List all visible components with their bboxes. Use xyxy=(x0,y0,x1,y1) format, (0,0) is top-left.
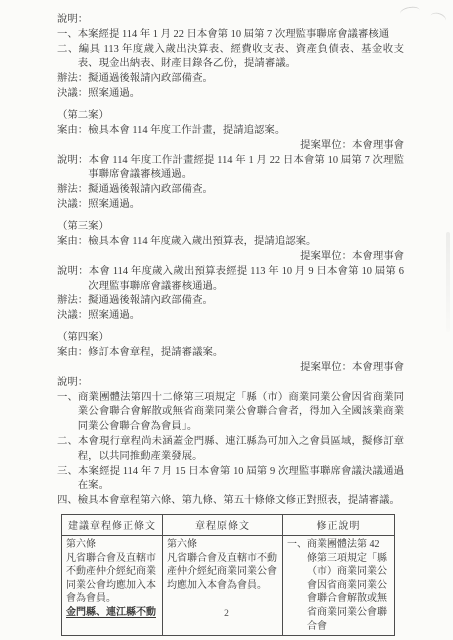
case4-item-3: 三、本案經提 114 年 7 月 15 日本會第 10 屆第 9 次理監事聯席會… xyxy=(57,465,404,495)
case4-title: （第四案） xyxy=(57,331,404,346)
case4-item-1: 一、商業團體法第四十二條第三項規定「縣（市）商業同業公會因省商業同業公會聯合會解… xyxy=(57,391,404,435)
case3-resolution: 決議：照案通過。 xyxy=(57,309,404,324)
case3-method: 辦法：擬通過後報請內政部備查。 xyxy=(57,294,404,309)
original-clause-number: 第六條 xyxy=(167,538,278,552)
case4-explanation-label: 說明： xyxy=(57,376,404,391)
explanation-label: 說明： xyxy=(57,13,404,28)
scan-streak-mark xyxy=(446,232,450,332)
document-page: 說明： 一、本案經提 114 年 1 月 22 日本會第 10 屆第 7 次理監… xyxy=(0,0,453,640)
case4-item-2: 二、本會現行章程尚未涵蓋金門縣、連江縣為可加入之會員區域，擬修訂章程，以共同推動… xyxy=(57,435,404,465)
original-clause-body: 凡省聯合會及直轄市不動產仲介經紀商業同業公會均應加入本會為會員。 xyxy=(167,552,278,593)
case2-method: 辦法：擬通過後報請內政部備查。 xyxy=(57,183,404,198)
case2-subject: 案由：檢具本會 114 年度工作計畫，提請追認案。 xyxy=(57,124,404,139)
case4-subject: 案由：修訂本會章程，提請審議案。 xyxy=(57,346,404,361)
header-amendment-explanation: 修正說明 xyxy=(283,515,395,536)
resolution-line: 決議：照案通過。 xyxy=(57,87,404,102)
explanation-item-2: 二、編具 113 年度歲入歲出決算表、經費收支表、資產負債表、基金收支表、現金出… xyxy=(57,43,404,73)
proposed-clause-body: 凡省聯合會及直轄市不動產仲介經紀商業同業公會均應加入本會為會員。 xyxy=(66,552,158,606)
case3-proposer: 提案單位：本會理事會 xyxy=(57,250,404,265)
page-number: 2 xyxy=(0,609,453,619)
header-original-clause: 章程原條文 xyxy=(163,515,283,536)
case2-title: （第二案） xyxy=(57,109,404,124)
case2-proposer: 提案單位：本會理事會 xyxy=(57,139,404,154)
header-proposed-clause: 建議章程修正條文 xyxy=(62,515,163,536)
document-body: 說明： 一、本案經提 114 年 1 月 22 日本會第 10 屆第 7 次理監… xyxy=(57,13,404,636)
case3-description: 說明：本會 114 年度歲入歲出預算表經提 113 年 10 月 9 日本會第 … xyxy=(57,265,404,295)
cell-amendment-explanation: 一、商業團體法第 42 條第三項規定「縣（市）商業同業公會因省商業同業公會聯合會… xyxy=(283,536,395,636)
case3-title: （第三案） xyxy=(57,220,404,235)
table-row: 第六條 凡省聯合會及直轄市不動產仲介經紀商業同業公會均應加入本會為會員。 金門縣… xyxy=(62,536,395,636)
case4-item-4: 四、檢具本會章程第六條、第九條、第五十條條文修正對照表，提請審議。 xyxy=(57,494,404,509)
scan-smudge-mark xyxy=(429,11,448,26)
method-line: 辦法：擬通過後報請內政部備查。 xyxy=(57,72,404,87)
case4-proposer: 提案單位：本會理事會 xyxy=(57,361,404,376)
case3-subject: 案由：檢具本會 114 年度歲入歲出預算表，提請追認案。 xyxy=(57,235,404,250)
proposed-clause-number: 第六條 xyxy=(66,538,158,552)
table-header-row: 建議章程修正條文 章程原條文 修正說明 xyxy=(62,515,395,536)
case2-description: 說明：本會 114 年度工作計畫經提 114 年 1 月 22 日本會第 10 … xyxy=(57,154,404,184)
explanation-item-1: 一、本案經提 114 年 1 月 22 日本會第 10 屆第 7 次理監事聯席會… xyxy=(57,28,404,43)
cell-proposed-clause: 第六條 凡省聯合會及直轄市不動產仲介經紀商業同業公會均應加入本會為會員。 金門縣… xyxy=(62,536,163,636)
case2-resolution: 決議：照案通過。 xyxy=(57,198,404,213)
cell-original-clause: 第六條 凡省聯合會及直轄市不動產仲介經紀商業同業公會均應加入本會為會員。 xyxy=(163,536,283,636)
